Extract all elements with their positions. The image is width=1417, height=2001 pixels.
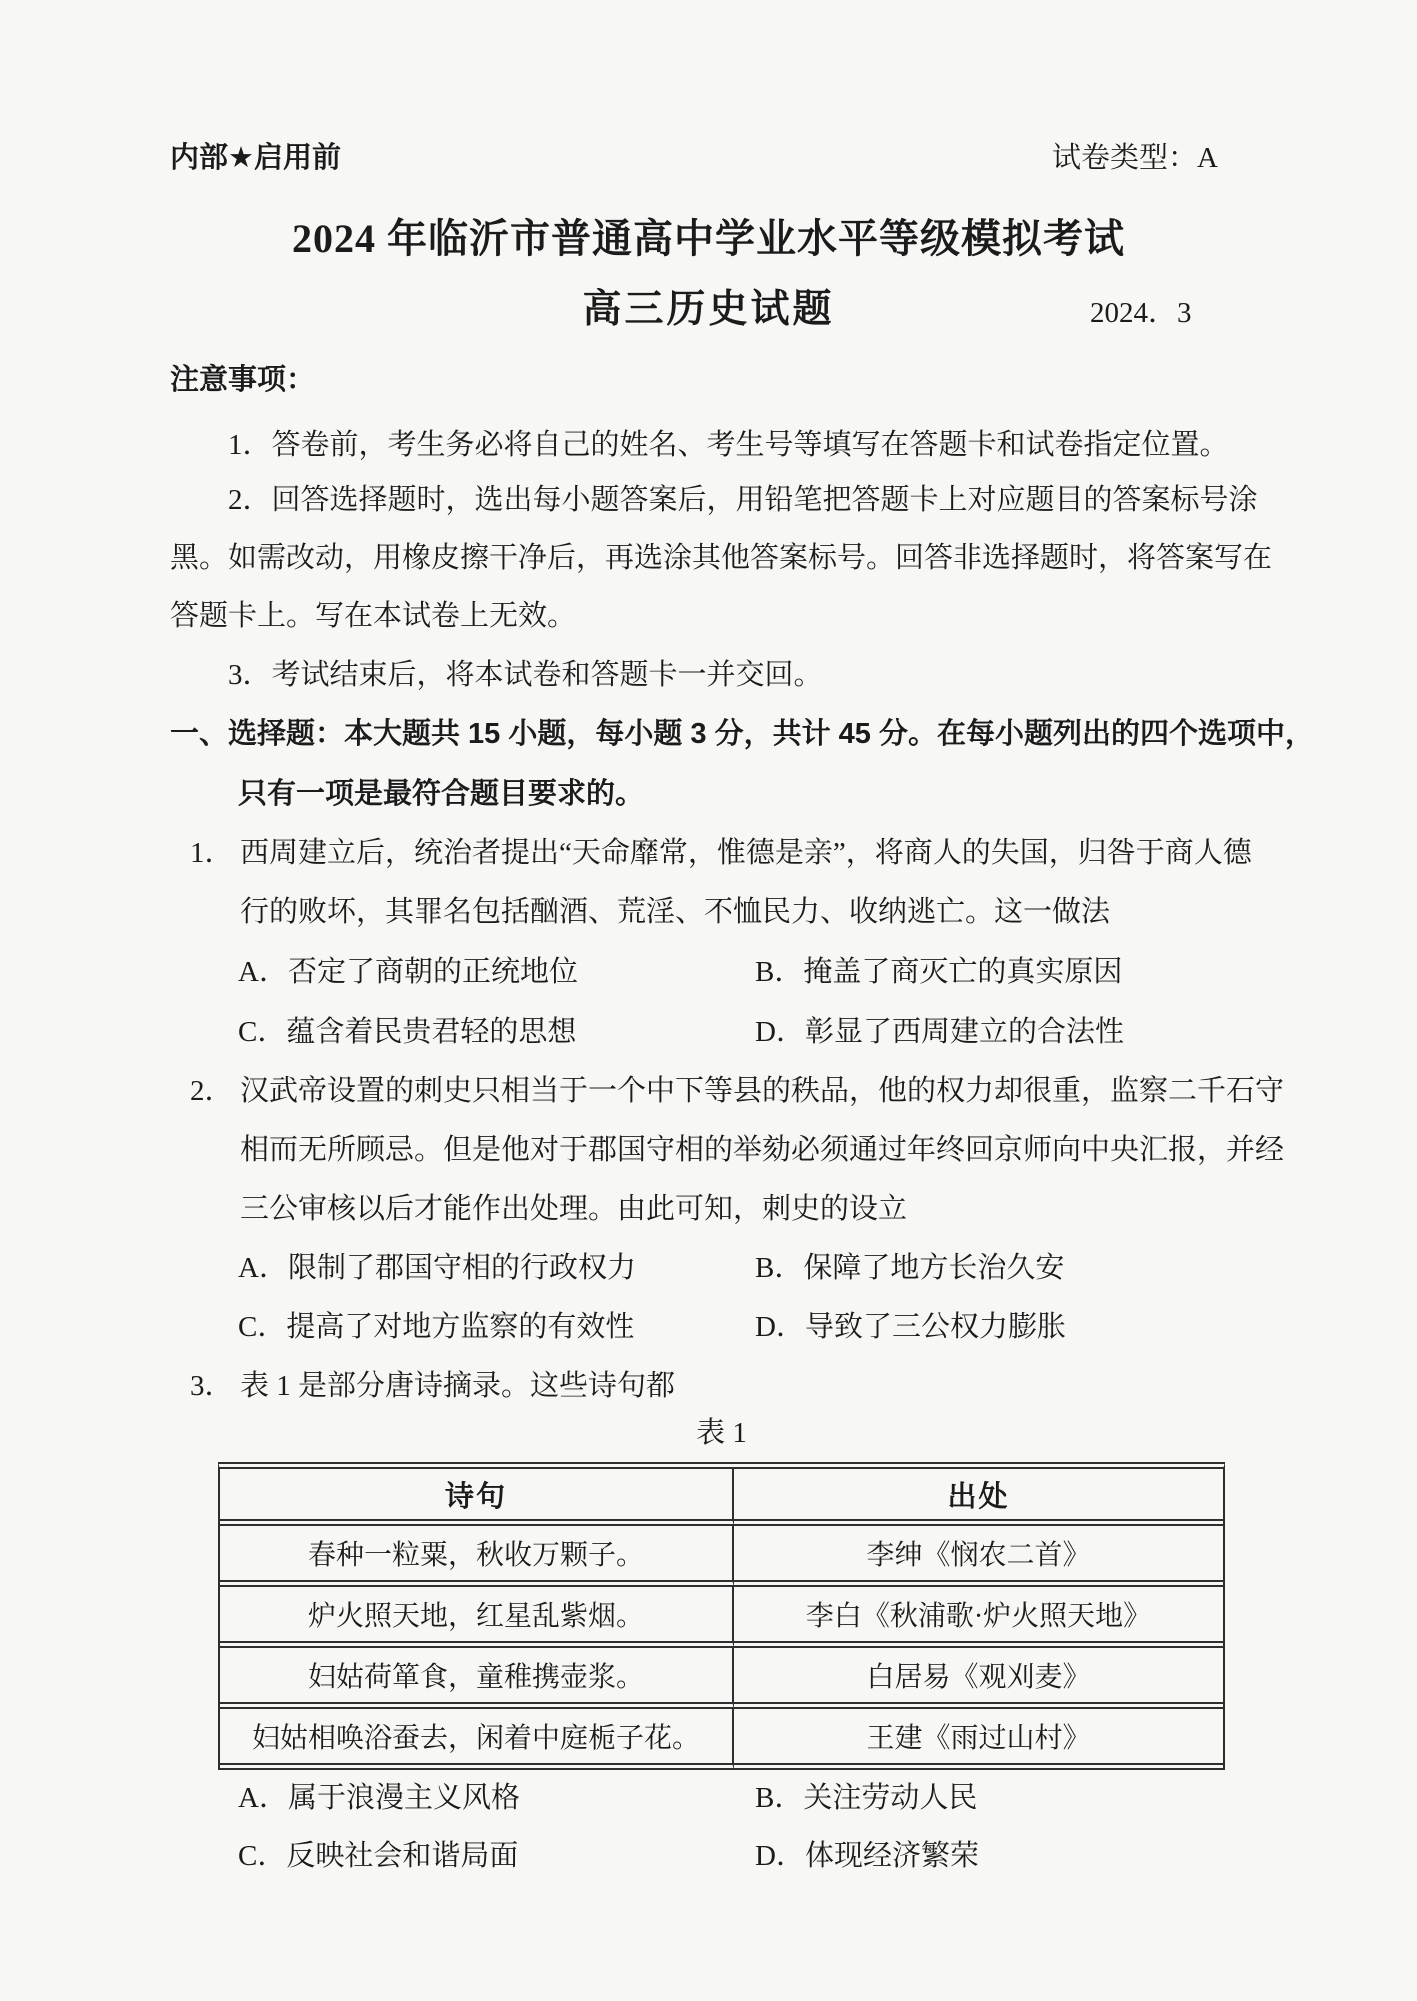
poem-cell: 炉火照天地，红星乱紫烟。 (220, 1587, 734, 1648)
question-3-stem-line-1: 表 1 是部分唐诗摘录。这些诗句都 (240, 1368, 675, 1404)
section-heading-line-2: 只有一项是最符合题目要求的。 (238, 776, 644, 812)
paper-type-label: 试卷类型：A (1052, 140, 1218, 176)
table-row: 妇姑荷箪食，童稚携壶浆。 白居易《观刈麦》 (220, 1648, 1223, 1709)
source-cell: 李绅《悯农二首》 (734, 1526, 1223, 1587)
question-2-stem-line-1: 汉武帝设置的刺史只相当于一个中下等县的秩品，他的权力却很重，监察二千石守 (240, 1073, 1284, 1109)
confidential-label: 内部★启用前 (170, 140, 341, 176)
question-2-option-a: A．限制了郡国守相的行政权力 (238, 1250, 636, 1286)
question-1-stem-line-2: 行的败坏，其罪名包括酗酒、荒淫、不恤民力、收纳逃亡。这一做法 (240, 894, 1110, 930)
question-1-number: 1． (190, 835, 234, 871)
exam-title: 2024 年临沂市普通高中学业水平等级模拟考试 (0, 214, 1417, 264)
question-3-option-b: B．关注劳动人民 (755, 1780, 977, 1816)
question-3-option-a: A．属于浪漫主义风格 (238, 1780, 520, 1816)
notice-line-3: 黑。如需改动，用橡皮擦干净后，再选涂其他答案标号。回答非选择题时，将答案写在 (170, 540, 1272, 576)
notice-line-2: 2．回答选择题时，选出每小题答案后，用铅笔把答题卡上对应题目的答案标号涂 (228, 482, 1258, 518)
poem-cell: 妇姑荷箪食，童稚携壶浆。 (220, 1648, 734, 1709)
poem-cell: 妇姑相唤浴蚕去，闲着中庭栀子花。 (220, 1709, 734, 1770)
question-1-stem-line-1: 西周建立后，统治者提出“天命靡常，惟德是亲”，将商人的失国，归咎于商人德 (240, 835, 1252, 871)
table-row: 春种一粒粟，秋收万颗子。 李绅《悯农二首》 (220, 1526, 1223, 1587)
notice-line-5: 3．考试结束后，将本试卷和答题卡一并交回。 (228, 657, 823, 693)
question-2-option-d: D．导致了三公权力膨胀 (755, 1309, 1066, 1345)
source-cell: 李白《秋浦歌·炉火照天地》 (734, 1587, 1223, 1648)
col-header-source: 出处 (734, 1469, 1223, 1526)
source-cell: 白居易《观刈麦》 (734, 1648, 1223, 1709)
question-1-option-b: B．掩盖了商灭亡的真实原因 (755, 954, 1122, 990)
question-1-option-d: D．彰显了西周建立的合法性 (755, 1014, 1124, 1050)
table-row: 炉火照天地，红星乱紫烟。 李白《秋浦歌·炉火照天地》 (220, 1587, 1223, 1648)
poem-table-header-row: 诗句 出处 (220, 1469, 1223, 1526)
exam-subtitle: 高三历史试题 (0, 286, 1417, 335)
question-3-option-d: D．体现经济繁荣 (755, 1838, 979, 1874)
notice-line-4: 答题卡上。写在本试卷上无效。 (170, 598, 576, 634)
question-2-option-c: C．提高了对地方监察的有效性 (238, 1309, 634, 1345)
poem-table: 诗句 出处 春种一粒粟，秋收万颗子。 李绅《悯农二首》 炉火照天地，红星乱紫烟。… (218, 1462, 1225, 1770)
section-heading-line-1: 一、选择题：本大题共 15 小题，每小题 3 分，共计 45 分。在每小题列出的… (170, 716, 1314, 752)
question-3-option-c: C．反映社会和谐局面 (238, 1838, 518, 1874)
poem-cell: 春种一粒粟，秋收万颗子。 (220, 1526, 734, 1587)
question-2-stem-line-3: 三公审核以后才能作出处理。由此可知，刺史的设立 (240, 1191, 907, 1227)
table-row: 妇姑相唤浴蚕去，闲着中庭栀子花。 王建《雨过山村》 (220, 1709, 1223, 1770)
question-2-number: 2． (190, 1073, 234, 1109)
notice-heading: 注意事项： (170, 362, 315, 398)
question-3-number: 3． (190, 1368, 234, 1404)
question-2-stem-line-2: 相而无所顾忌。但是他对于郡国守相的举劾必须通过年终回京师向中央汇报，并经 (240, 1132, 1284, 1168)
notice-line-1: 1．答卷前，考生务必将自己的姓名、考生号等填写在答题卡和试卷指定位置。 (228, 427, 1229, 463)
exam-date: 2024．3 (1090, 295, 1192, 331)
source-cell: 王建《雨过山村》 (734, 1709, 1223, 1770)
question-2-option-b: B．保障了地方长治久安 (755, 1250, 1064, 1286)
question-1-option-c: C．蕴含着民贵君轻的思想 (238, 1014, 576, 1050)
exam-paper-page: 内部★启用前 试卷类型：A 2024 年临沂市普通高中学业水平等级模拟考试 高三… (0, 0, 1417, 2001)
poem-table-caption: 表 1 (218, 1415, 1225, 1451)
col-header-poem: 诗句 (220, 1469, 734, 1526)
question-1-option-a: A．否定了商朝的正统地位 (238, 954, 578, 990)
